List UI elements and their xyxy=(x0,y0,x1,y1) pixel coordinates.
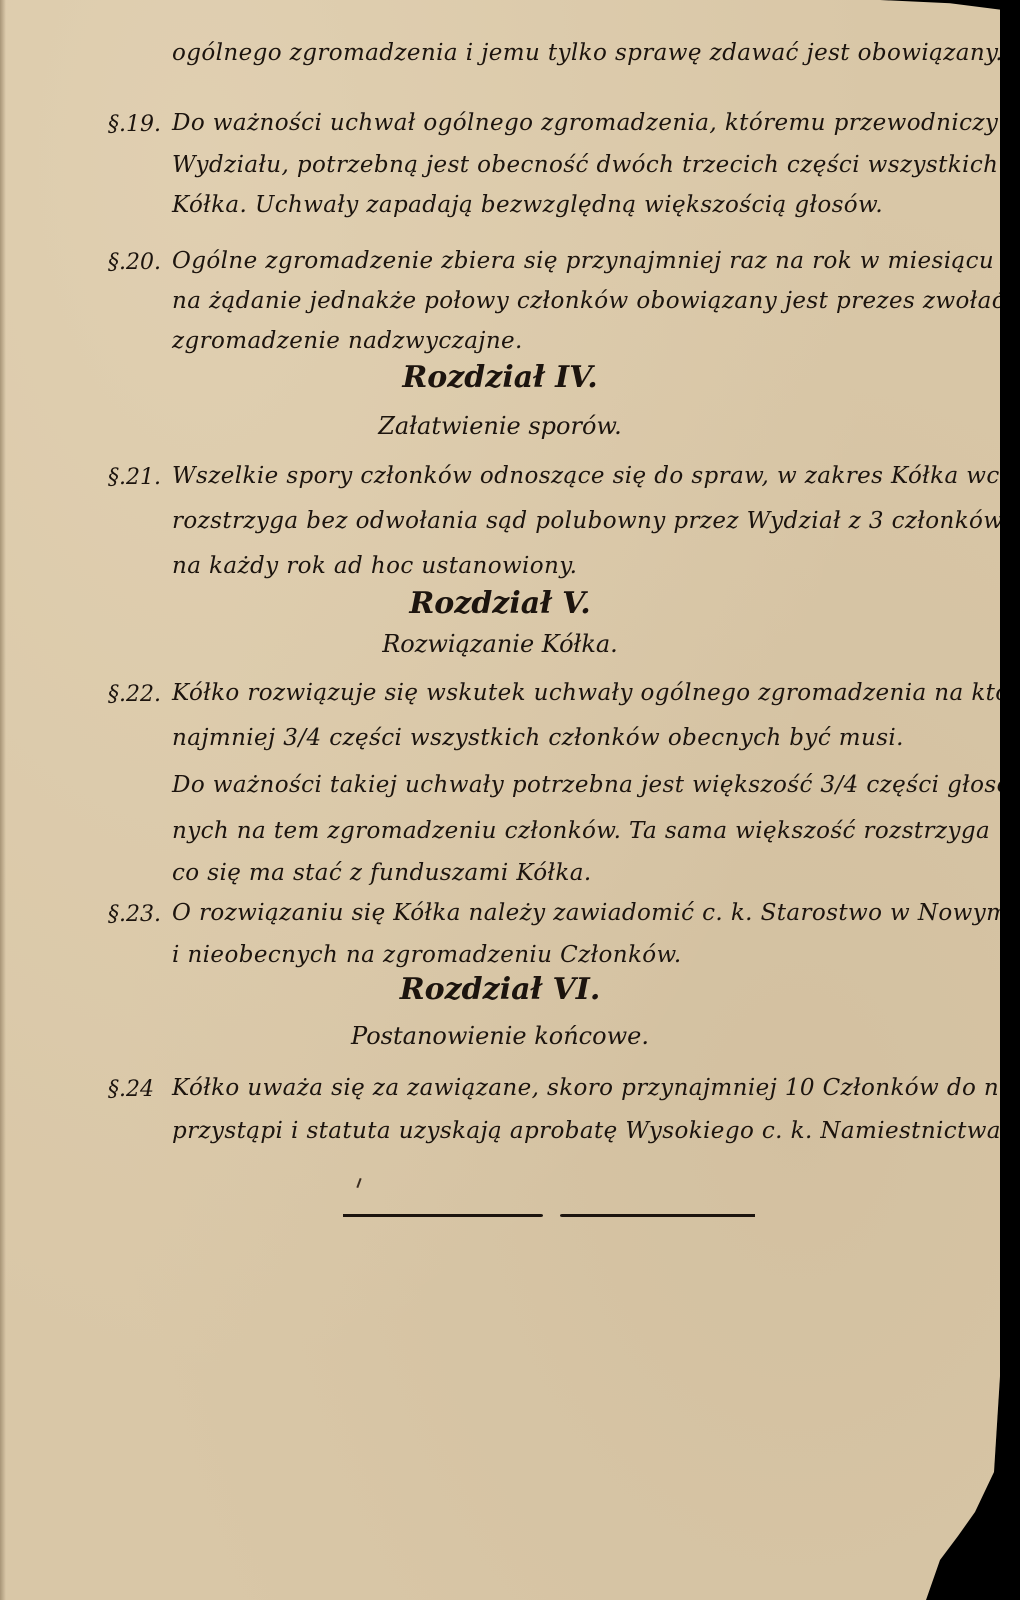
text-line: co się ma stać z funduszami Kółka. xyxy=(172,860,592,886)
text-line: na każdy rok ad hoc ustanowiony. xyxy=(172,553,577,579)
text-line: Do ważności uchwał ogólnego zgromadzenia… xyxy=(172,110,1020,136)
paragraph-number-24: §.24 xyxy=(108,1077,154,1102)
paragraph-number-20: §.20. xyxy=(108,250,161,275)
text-line: Do ważności takiej uchwały potrzebna jes… xyxy=(172,772,1020,798)
text-line: Ogólne zgromadzenie zbiera się przynajmn… xyxy=(172,248,1020,274)
text-line: Kółko uważa się za zawiązane, skoro przy… xyxy=(172,1075,1020,1101)
chapter-subtitle-vi: Postanowienie końcowe. xyxy=(0,1022,1000,1050)
text-line: Kółko rozwiązuje się wskutek uchwały ogó… xyxy=(172,680,1020,706)
text-line: najmniej 3/4 części wszystkich członków … xyxy=(172,725,904,751)
paragraph-number-21: §.21. xyxy=(108,465,161,490)
text-line: rozstrzyga bez odwołania sąd polubowny p… xyxy=(172,508,1020,534)
page-edge-shadow xyxy=(0,0,6,1600)
paragraph-number-23: §.23. xyxy=(108,902,161,927)
text-line: zgromadzenie nadzwyczajne. xyxy=(172,328,523,354)
closing-rule-right xyxy=(560,1214,755,1217)
chapter-heading-iv: Rozdział IV. xyxy=(0,360,1000,395)
chapter-subtitle-v: Rozwiązanie Kółka. xyxy=(0,630,1000,658)
paragraph-number-19: §.19. xyxy=(108,112,161,137)
text-line: na żądanie jednakże połowy członków obow… xyxy=(172,288,1005,314)
text-line: przystąpi i statuta uzyskają aprobatę Wy… xyxy=(172,1118,1009,1144)
text-line: Kółka. Uchwały zapadają bezwzględną więk… xyxy=(172,192,883,218)
text-line: nych na tem zgromadzeniu członków. Ta sa… xyxy=(172,818,990,844)
chapter-subtitle-iv: Załatwienie sporów. xyxy=(0,412,1000,440)
closing-rule-left xyxy=(343,1214,543,1217)
text-line: i nieobecnych na zgromadzeniu Członków. xyxy=(172,942,682,968)
paragraph-number-22: §.22. xyxy=(108,682,161,707)
chapter-heading-vi: Rozdział VI. xyxy=(0,972,1000,1007)
text-line: O rozwiązaniu się Kółka należy zawiadomi… xyxy=(172,900,1020,926)
manuscript-page: ogólnego zgromadzenia i jemu tylko spraw… xyxy=(0,0,1000,1600)
text-line: ogólnego zgromadzenia i jemu tylko spraw… xyxy=(172,40,1003,66)
text-line: Wydziału, potrzebną jest obecność dwóch … xyxy=(172,152,1020,178)
text-line: Wszelkie spory członków odnoszące się do… xyxy=(172,463,1020,489)
chapter-heading-v: Rozdział V. xyxy=(0,586,1000,621)
ink-mark xyxy=(356,1178,361,1188)
